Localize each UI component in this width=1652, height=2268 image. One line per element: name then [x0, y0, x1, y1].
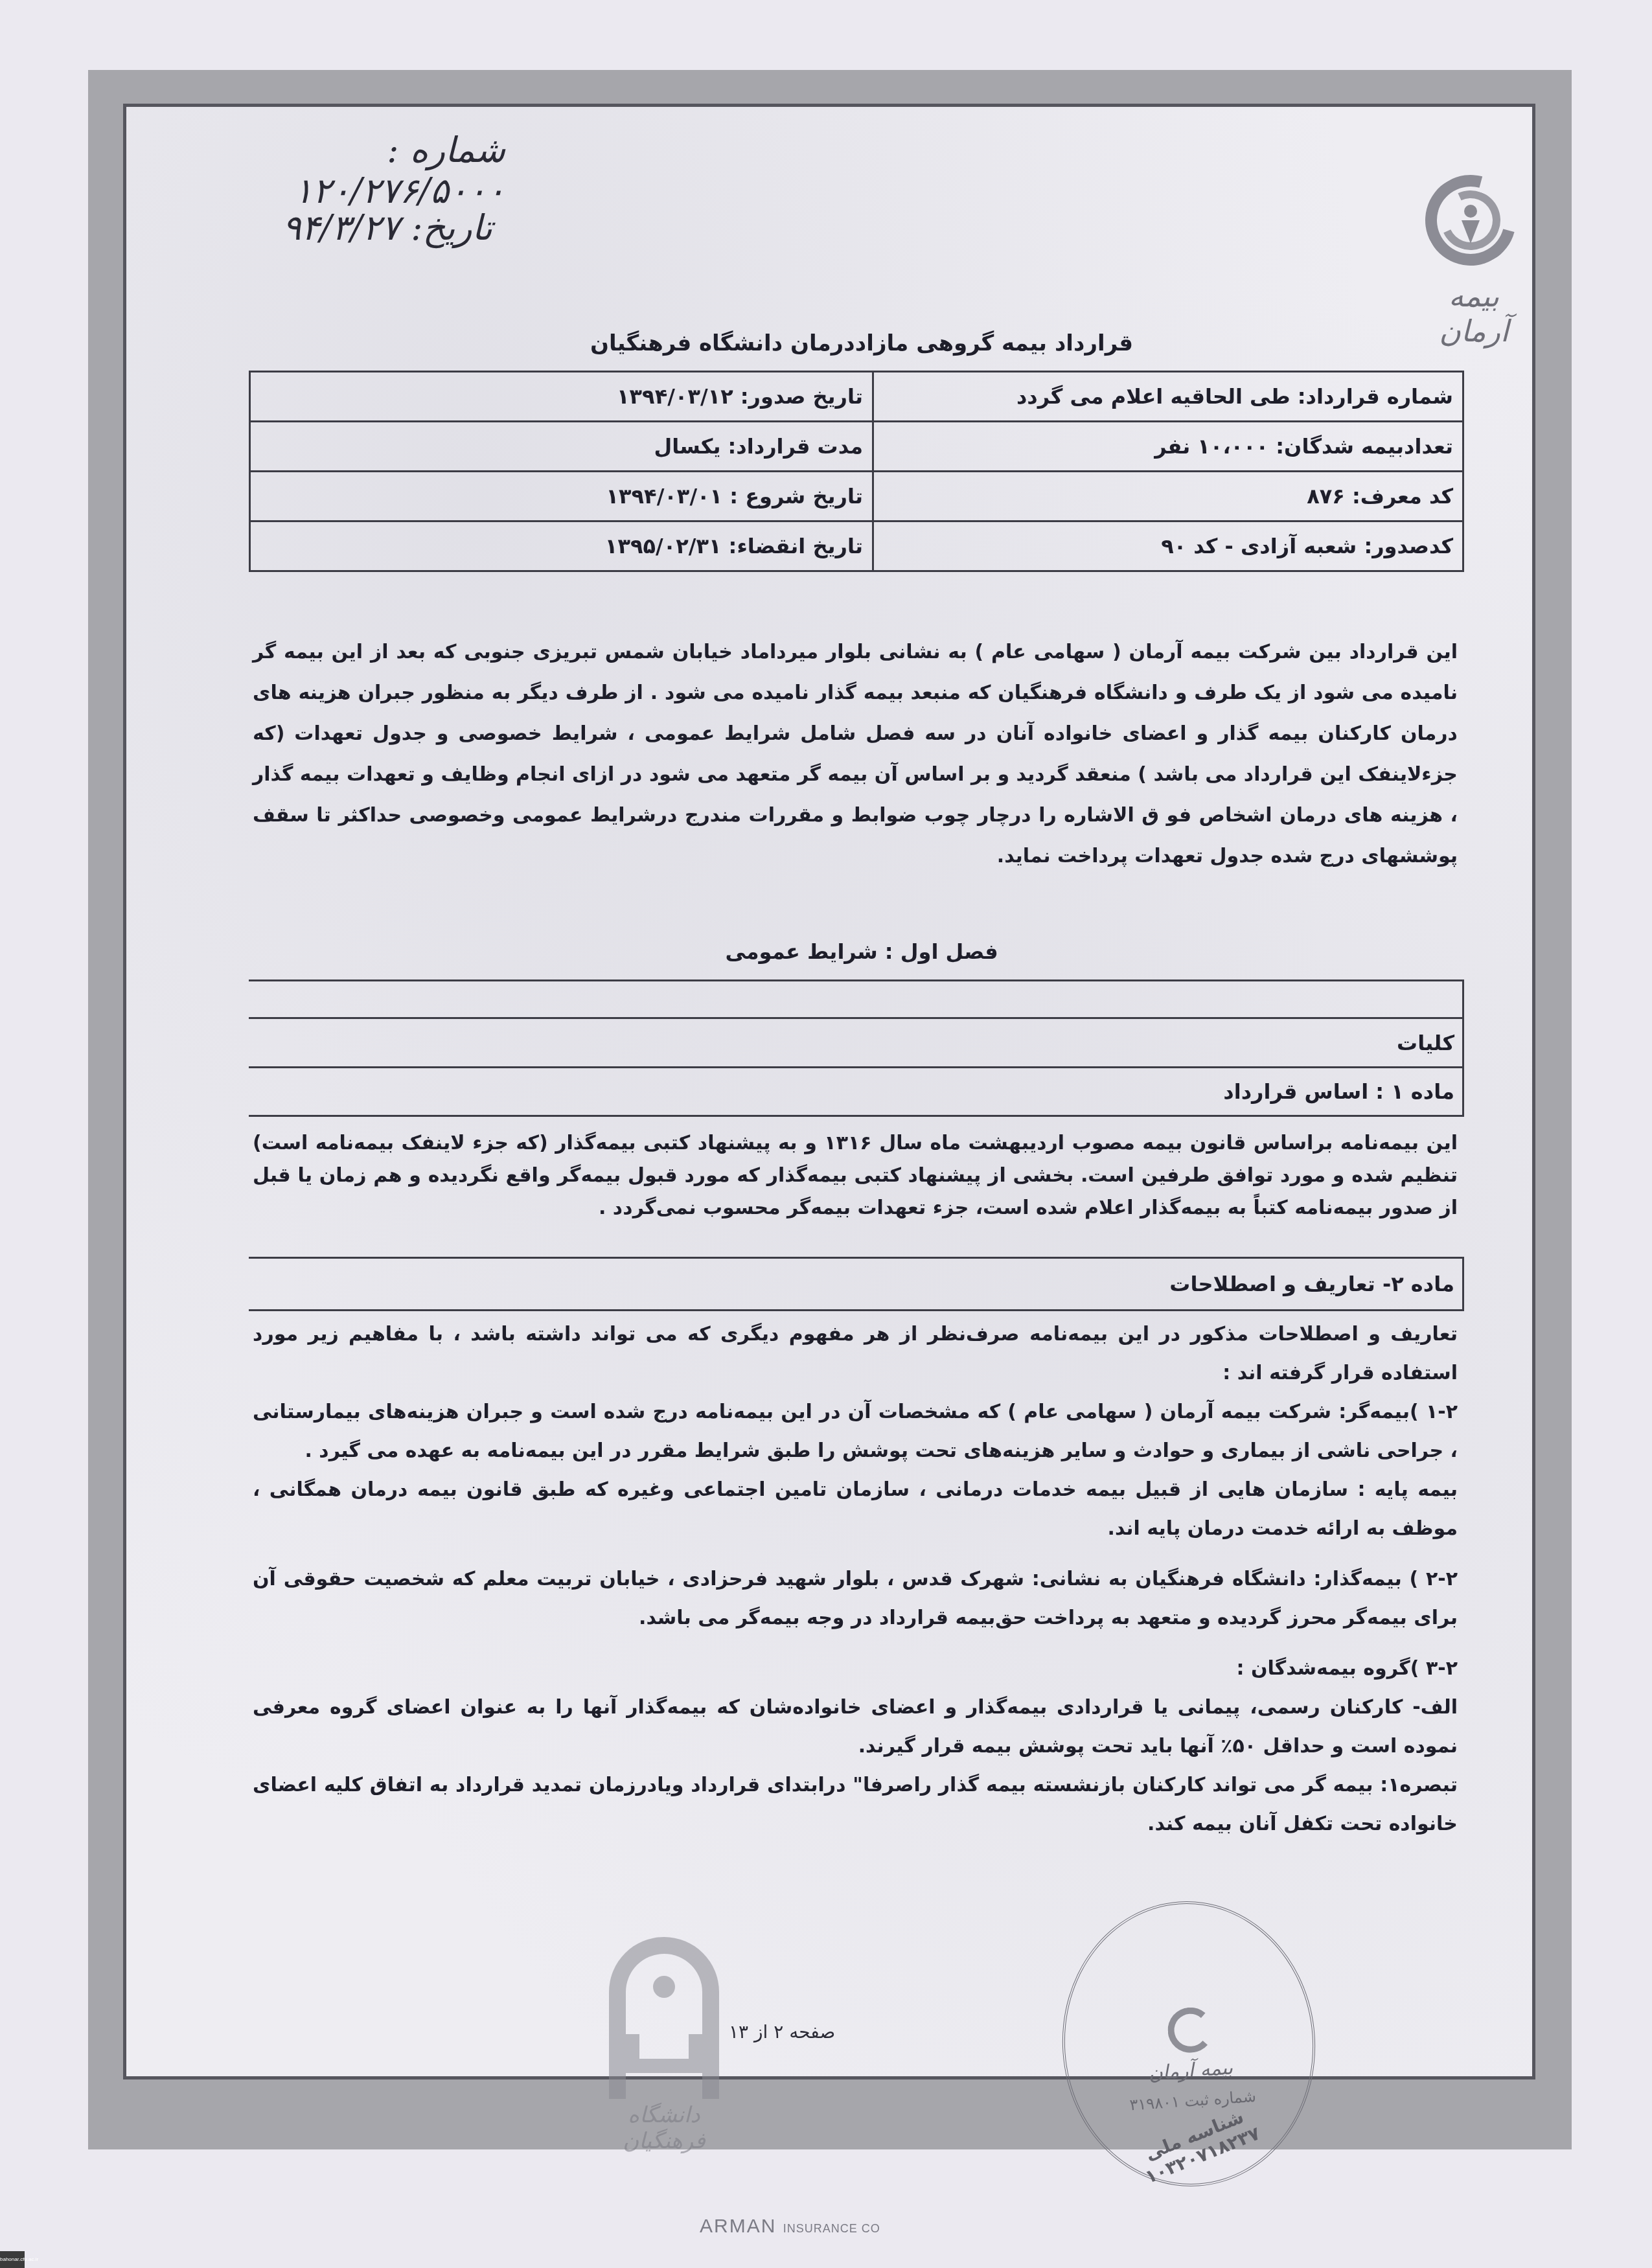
contract-number-cell: شماره قرارداد: طی الحاقیه اعلام می گردد: [873, 372, 1463, 422]
section-header-article-1: ماده ۱ : اساس قرارداد: [249, 1066, 1464, 1117]
footer-brand-main: ARMAN: [700, 2216, 776, 2237]
contract-info-table: شماره قرارداد: طی الحاقیه اعلام می گردد …: [249, 371, 1464, 572]
site-watermark-badge: bahonar.cfu.ac.ir: [0, 2251, 25, 2268]
intro-paragraph: این قرارداد بین شرکت بیمه آرمان ( سهامی …: [253, 632, 1458, 876]
article-2-item-3-title: ۳-۲ )گروه بیمه‌شدگان :: [253, 1649, 1458, 1688]
contract-duration-cell: مدت قرارداد: یکسال: [250, 422, 873, 472]
issue-date-cell: تاریخ صدور: ۱۳۹۴/۰۳/۱۲: [250, 372, 873, 422]
handwritten-letter-number: شماره : ۱۲۰/۲۷۶/۵۰۰۰: [168, 130, 505, 211]
contract-title: قرارداد بیمه گروهی مازاددرمان دانشگاه فر…: [246, 330, 1477, 356]
base-insurance-definition: بیمه پایه : سازمان هایی از قبیل بیمه خدم…: [253, 1471, 1458, 1548]
table-row: شماره قرارداد: طی الحاقیه اعلام می گردد …: [250, 372, 1463, 422]
footer-brand: ARMAN INSURANCE CO: [700, 2216, 880, 2238]
article-2-item-2: ۲-۲ ) بیمه‌گذار: دانشگاه فرهنگیان به نشا…: [253, 1560, 1458, 1638]
handwritten-date-value: ۹۴/۳/۲۷: [282, 207, 400, 248]
generalities-label: کلیات: [1397, 1031, 1454, 1055]
section-header-article-2: ماده ۲- تعاریف و اصطلاحات: [249, 1257, 1464, 1311]
stamp-logo-icon: [1166, 2006, 1215, 2054]
expiry-date-cell: تاریخ انقضاء: ۱۳۹۵/۰۲/۳۱: [250, 521, 873, 571]
university-seal-text: دانشگاه فرهنگیان: [596, 2102, 732, 2154]
article-2-note-1: تبصره۱: بیمه گر می تواند کارکنان بازنشست…: [253, 1766, 1458, 1844]
page-number: صفحه ۲ از ۱۳: [729, 2021, 835, 2043]
arman-insurance-logo: بیمه آرمان: [1419, 175, 1529, 330]
insured-count-cell: تعدادبیمه شدگان: ۱۰،۰۰۰ نفر: [873, 422, 1463, 472]
article-2-item-1: ۱-۲ )بیمه‌گر: شرکت بیمه آرمان ( سهامی عا…: [253, 1393, 1458, 1471]
article-2-intro: تعاریف و اصطلاحات مذکور در این بیمه‌نامه…: [253, 1315, 1458, 1393]
section-header-empty: [249, 979, 1464, 1017]
referrer-code-cell: کد معرف: ۸۷۶: [873, 472, 1463, 521]
table-row: کدصدور: شعبه آزادی - کد ۹۰ تاریخ انقضاء:…: [250, 521, 1463, 571]
stamp-brand-text: بیمه آرمان: [1066, 2051, 1315, 2091]
handwritten-number-label: شماره :: [387, 130, 505, 170]
chapter-title: فصل اول : شرایط عمومی: [246, 939, 1477, 964]
seal-book-icon: [625, 2034, 703, 2073]
article-2-body: تعاریف و اصطلاحات مذکور در این بیمه‌نامه…: [253, 1315, 1458, 1844]
seal-dot-icon: [653, 1976, 675, 1998]
footer-brand-sub: INSURANCE CO: [783, 2222, 880, 2235]
logo-cone-icon: [1462, 220, 1480, 244]
logo-dot-icon: [1464, 205, 1477, 218]
handwritten-date-label: تاریخ:: [411, 207, 492, 248]
article-1-body: این بیمه‌نامه براساس قانون بیمه مصوب ارد…: [253, 1127, 1458, 1224]
issuing-branch-cell: کدصدور: شعبه آزادی - کد ۹۰: [873, 521, 1463, 571]
handwritten-letter-date: تاریخ: ۹۴/۳/۲۷: [220, 207, 492, 248]
table-row: تعدادبیمه شدگان: ۱۰،۰۰۰ نفر مدت قرارداد:…: [250, 422, 1463, 472]
start-date-cell: تاریخ شروع : ۱۳۹۴/۰۳/۰۱: [250, 472, 873, 521]
handwritten-number-value: ۱۲۰/۲۷۶/۵۰۰۰: [294, 170, 505, 211]
article-1-title: ماده ۱ : اساس قرارداد: [1223, 1079, 1454, 1104]
section-header-generalities: کلیات: [249, 1017, 1464, 1066]
table-row: کد معرف: ۸۷۶ تاریخ شروع : ۱۳۹۴/۰۳/۰۱: [250, 472, 1463, 521]
seal-arch-icon: [609, 1937, 719, 2099]
article-2-title: ماده ۲- تعاریف و اصطلاحات: [1169, 1272, 1454, 1296]
university-seal: دانشگاه فرهنگیان: [596, 1937, 732, 2151]
article-1-text: این بیمه‌نامه براساس قانون بیمه مصوب ارد…: [253, 1127, 1458, 1224]
article-2-item-alef: الف- کارکنان رسمی، پیمانی یا قراردادی بی…: [253, 1688, 1458, 1766]
